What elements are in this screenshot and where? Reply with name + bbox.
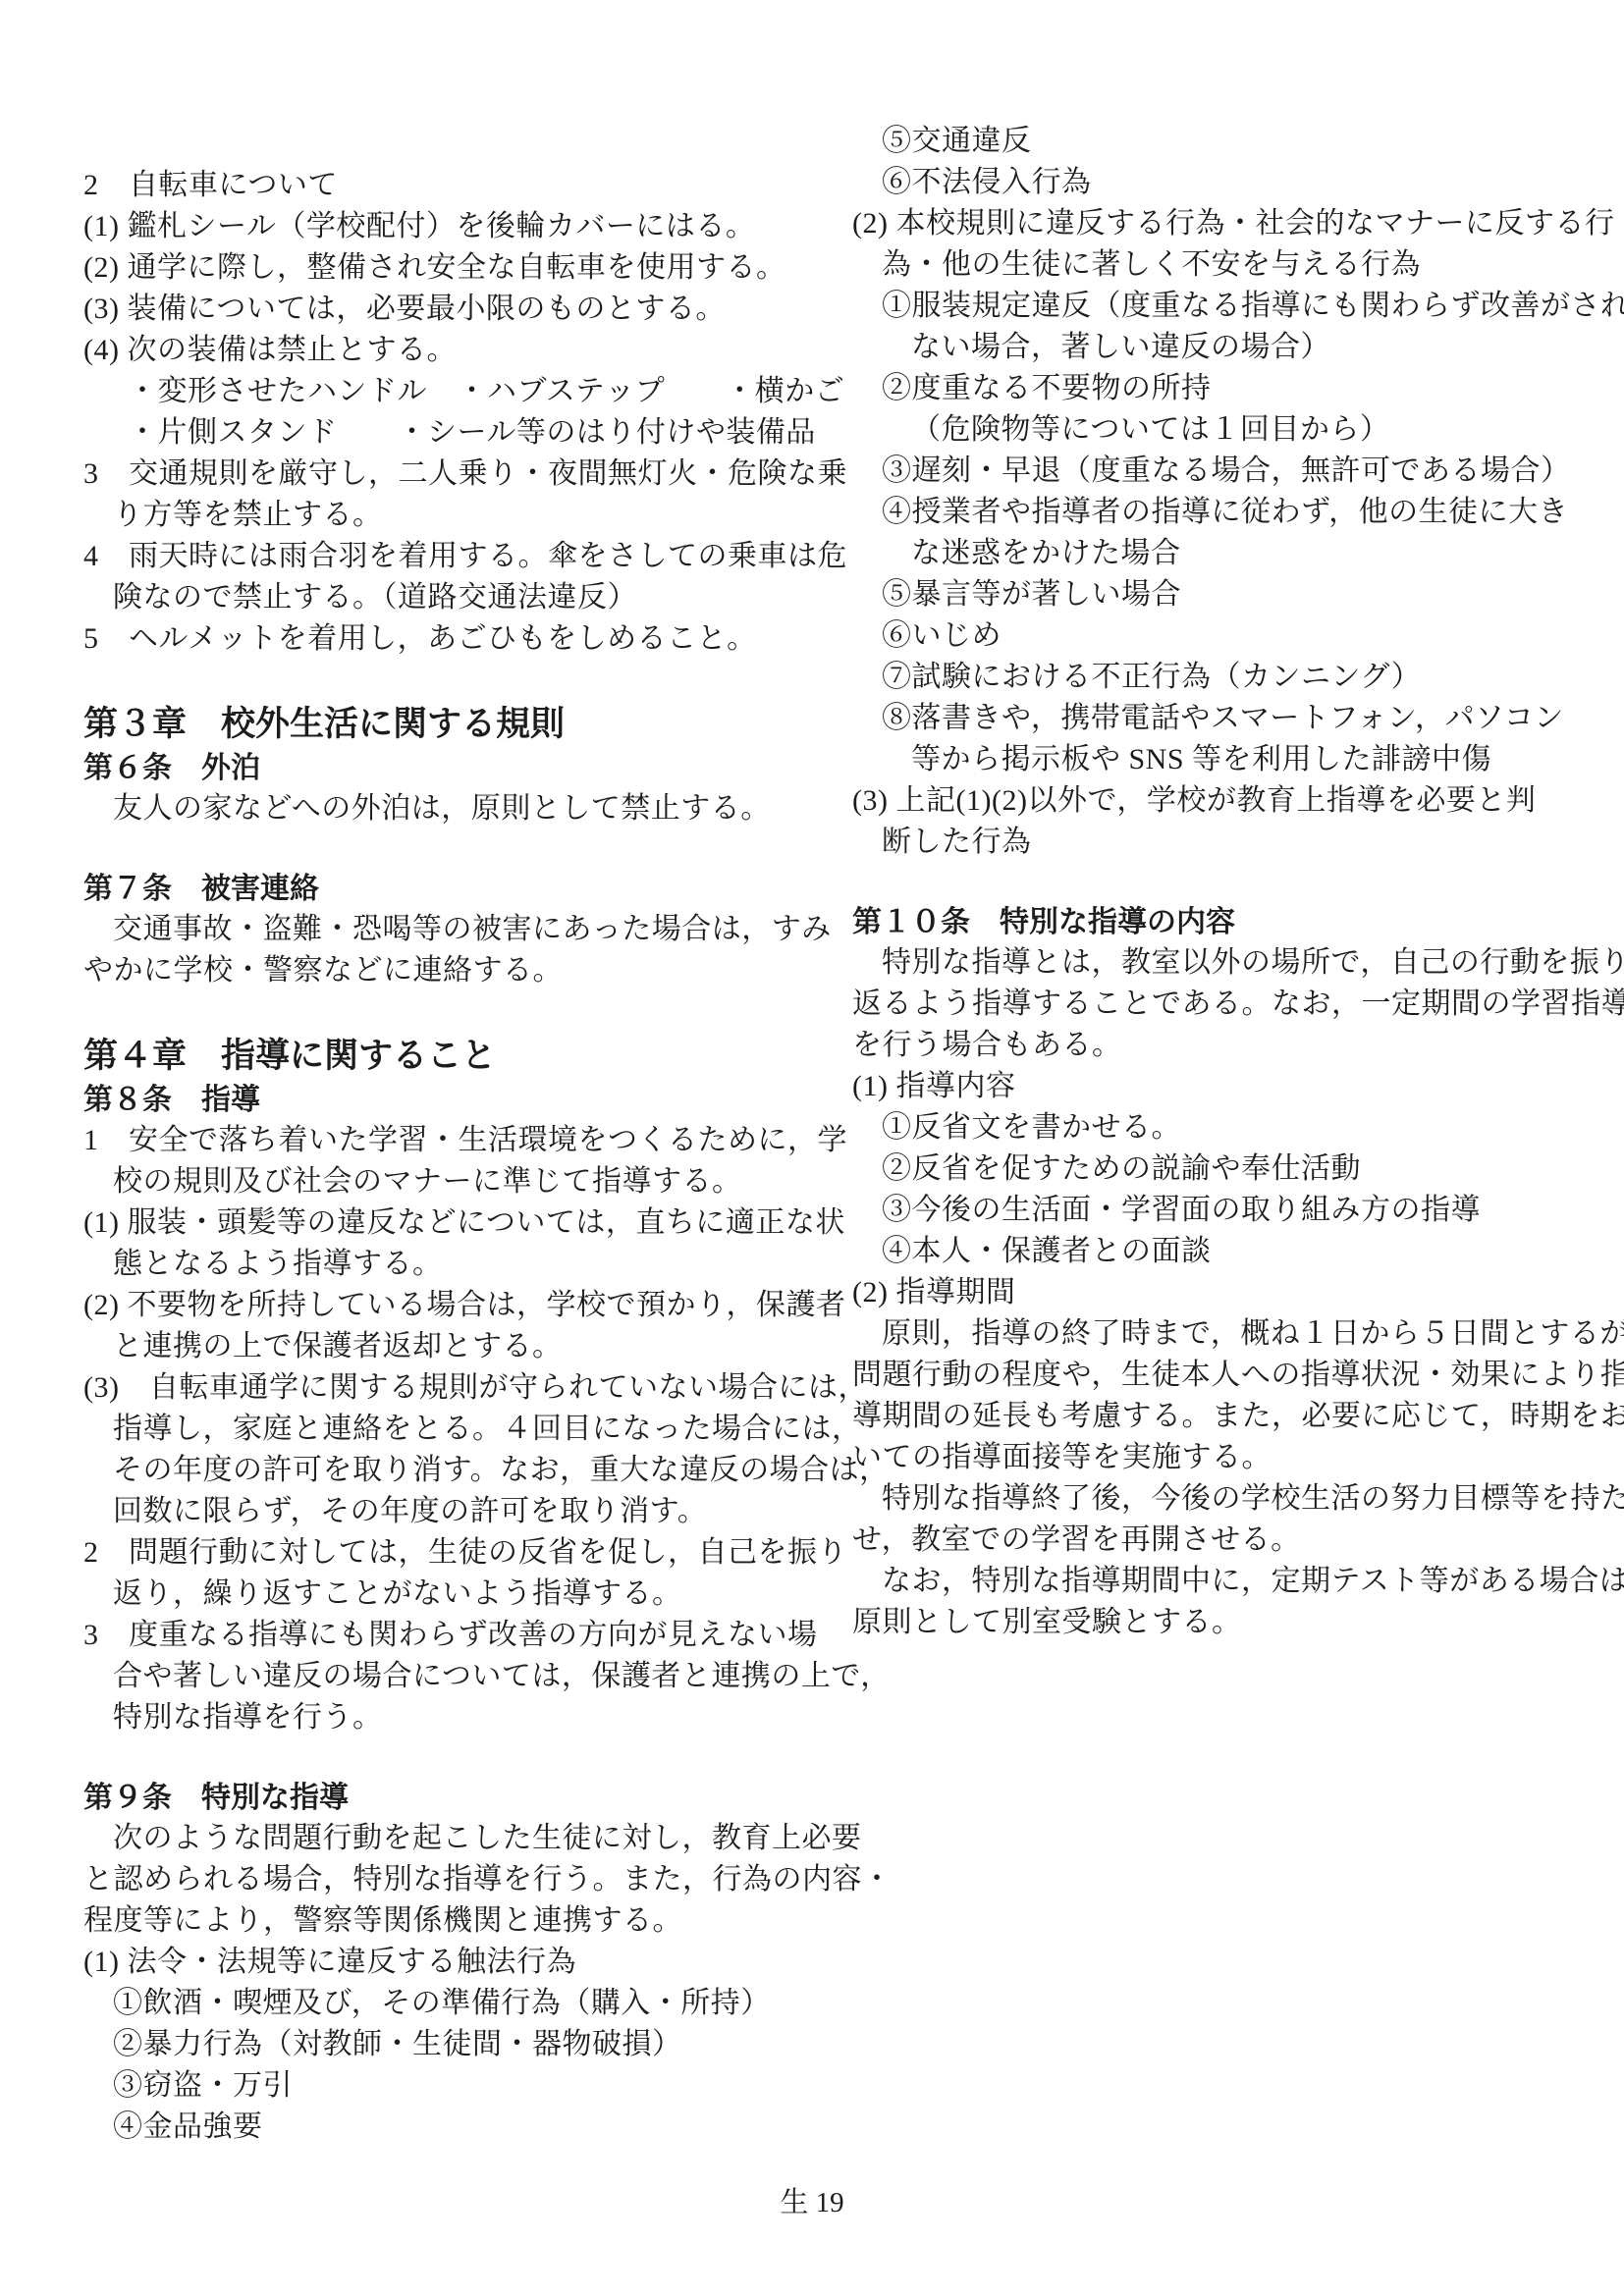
text-line: 次のような問題行動を起こした生徒に対し，教育上必要 — [83, 1818, 820, 1859]
text-line: ・変形させたハンドル ・ハブステップ ・横かご — [83, 371, 820, 412]
text-line: 合や著しい違反の場合については，保護者と連携の上で， — [83, 1656, 820, 1697]
text-line: 回数に限らず，その年度の許可を取り消す。 — [83, 1491, 820, 1532]
text-line: ②度重なる不要物の所持 — [852, 368, 1564, 409]
chapter-heading: 第４章 指導に関すること — [83, 1032, 820, 1081]
text-line: その年度の許可を取り消す。なお，重大な違反の場合は， — [83, 1450, 820, 1491]
text-line: (1) 鑑札シール（学校配付）を後輪カバーにはる。 — [83, 206, 820, 247]
text-line: ⑤暴言等が著しい場合 — [852, 574, 1564, 615]
article-heading: 第１０条 特別な指導の内容 — [852, 903, 1564, 942]
right-column: ⑤交通違反⑥不法侵入行為(2) 本校規則に違反する行為・社会的なマナーに反する行… — [852, 121, 1564, 1643]
text-line: 返るよう指導することである。なお，一定期間の学習指導 — [852, 984, 1564, 1025]
text-line: 交通事故・盗難・恐喝等の被害にあった場合は，すみ — [83, 909, 820, 950]
text-line: 原則として別室受験とする。 — [852, 1602, 1564, 1643]
text-line: ④金品強要 — [83, 2107, 820, 2148]
document-page: 2 自転車について(1) 鑑札シール（学校配付）を後輪カバーにはる。(2) 通学… — [0, 0, 1624, 2296]
text-line: ・片側スタンド ・シール等のはり付けや装備品 — [83, 412, 820, 454]
article-heading: 第６条 外泊 — [83, 749, 820, 788]
text-line: ⑥不法侵入行為 — [852, 162, 1564, 203]
text-line: ⑥いじめ — [852, 615, 1564, 657]
text-line: 返り，繰り返すことがないよう指導する。 — [83, 1574, 820, 1615]
text-line: (3) 上記(1)(2)以外で，学校が教育上指導を必要と判 — [852, 780, 1564, 822]
text-line: ①服装規定違反（度重なる指導にも関わらず改善がされ — [852, 286, 1564, 327]
article-heading: 第８条 指導 — [83, 1081, 820, 1120]
text-line: なお，特別な指導期間中に，定期テスト等がある場合は， — [852, 1561, 1564, 1602]
text-line: 校の規則及び社会のマナーに準じて指導する。 — [83, 1161, 820, 1202]
text-line: 為・他の生徒に著しく不安を与える行為 — [852, 244, 1564, 286]
text-line: (2) 指導期間 — [852, 1272, 1564, 1313]
text-line: を行う場合もある。 — [852, 1025, 1564, 1066]
text-line: 指導し，家庭と連絡をとる。４回目になった場合には， — [83, 1409, 820, 1450]
text-line: ⑤交通違反 — [852, 121, 1564, 162]
text-line: ①飲酒・喫煙及び，その準備行為（購入・所持） — [83, 1983, 820, 2024]
left-column: 2 自転車について(1) 鑑札シール（学校配付）を後輪カバーにはる。(2) 通学… — [83, 165, 820, 2148]
text-line: せ，教室での学習を再開させる。 — [852, 1520, 1564, 1561]
text-line: ②反省を促すための説諭や奉仕活動 — [852, 1148, 1564, 1190]
blank-spacer — [852, 863, 1564, 903]
text-line: 険なので禁止する。（道路交通法違反） — [83, 577, 820, 618]
text-line: 断した行為 — [852, 822, 1564, 863]
article-heading: 第９条 特別な指導 — [83, 1779, 820, 1818]
text-line: (1) 指導内容 — [852, 1066, 1564, 1107]
text-line: (1) 法令・法規等に違反する触法行為 — [83, 1942, 820, 1983]
text-line: 原則，指導の終了時まで，概ね１日から５日間とするが， — [852, 1313, 1564, 1355]
text-line: 友人の家などへの外泊は，原則として禁止する。 — [83, 788, 820, 829]
text-line: 4 雨天時には雨合羽を着用する。傘をさしての乗車は危 — [83, 536, 820, 577]
text-line: いての指導面接等を実施する。 — [852, 1437, 1564, 1478]
text-line: (1) 服装・頭髪等の違反などについては，直ちに適正な状 — [83, 1202, 820, 1244]
text-line: (3) 装備については，必要最小限のものとする。 — [83, 289, 820, 330]
blank-spacer — [83, 660, 820, 700]
text-line: (2) 通学に際し，整備され安全な自転車を使用する。 — [83, 247, 820, 289]
text-line: ④本人・保護者との面談 — [852, 1231, 1564, 1272]
text-line: 問題行動の程度や，生徒本人への指導状況・効果により指 — [852, 1355, 1564, 1396]
blank-spacer — [83, 991, 820, 1032]
text-line: 2 自転車について — [83, 165, 820, 206]
text-line: ①反省文を書かせる。 — [852, 1107, 1564, 1148]
text-line: やかに学校・警察などに連絡する。 — [83, 950, 820, 991]
text-line: 5 ヘルメットを着用し，あごひもをしめること。 — [83, 618, 820, 660]
chapter-heading: 第３章 校外生活に関する規則 — [83, 700, 820, 749]
blank-spacer — [83, 829, 820, 870]
text-line: 2 問題行動に対しては，生徒の反省を促し，自己を振り — [83, 1532, 820, 1574]
text-line: と認められる場合，特別な指導を行う。また，行為の内容・ — [83, 1859, 820, 1900]
text-line: (3) 自転車通学に関する規則が守られていない場合には， — [83, 1367, 820, 1409]
text-line: （危険物等については１回目から） — [852, 409, 1564, 451]
text-line: 態となるよう指導する。 — [83, 1244, 820, 1285]
text-line: ③窃盗・万引 — [83, 2065, 820, 2107]
text-line: (2) 不要物を所持している場合は，学校で預かり，保護者 — [83, 1285, 820, 1326]
text-line: ④授業者や指導者の指導に従わず，他の生徒に大き — [852, 492, 1564, 533]
text-line: 特別な指導を行う。 — [83, 1697, 820, 1738]
text-line: ③今後の生活面・学習面の取り組み方の指導 — [852, 1190, 1564, 1231]
text-line: 程度等により，警察等関係機関と連携する。 — [83, 1900, 820, 1942]
text-line: 特別な指導とは，教室以外の場所で，自己の行動を振り — [852, 942, 1564, 984]
text-line: ②暴力行為（対教師・生徒間・器物破損） — [83, 2024, 820, 2065]
text-line: 等から掲示板や SNS 等を利用した誹謗中傷 — [852, 739, 1564, 780]
text-line: ③遅刻・早退（度重なる場合，無許可である場合） — [852, 451, 1564, 492]
text-line: 3 交通規則を厳守し，二人乗り・夜間無灯火・危険な乗 — [83, 454, 820, 495]
page-number: 生 19 — [780, 2187, 843, 2218]
text-line: ⑦試験における不正行為（カンニング） — [852, 657, 1564, 698]
text-line: 導期間の延長も考慮する。また，必要に応じて，時期をお — [852, 1396, 1564, 1437]
text-line: ⑧落書きや，携帯電話やスマートフォン，パソコン — [852, 698, 1564, 739]
page-footer: 生 19 — [0, 2185, 1624, 2220]
text-line: 3 度重なる指導にも関わらず改善の方向が見えない場 — [83, 1615, 820, 1656]
text-line: ない場合，著しい違反の場合） — [852, 327, 1564, 368]
text-line: (2) 本校規則に違反する行為・社会的なマナーに反する行 — [852, 203, 1564, 244]
article-heading: 第７条 被害連絡 — [83, 870, 820, 909]
blank-spacer — [83, 1738, 820, 1779]
text-line: 1 安全で落ち着いた学習・生活環境をつくるために，学 — [83, 1120, 820, 1161]
text-line: と連携の上で保護者返却とする。 — [83, 1326, 820, 1367]
text-line: (4) 次の装備は禁止とする。 — [83, 330, 820, 371]
text-line: な迷惑をかけた場合 — [852, 533, 1564, 574]
text-line: り方等を禁止する。 — [83, 495, 820, 536]
text-line: 特別な指導終了後，今後の学校生活の努力目標等を持た — [852, 1478, 1564, 1520]
